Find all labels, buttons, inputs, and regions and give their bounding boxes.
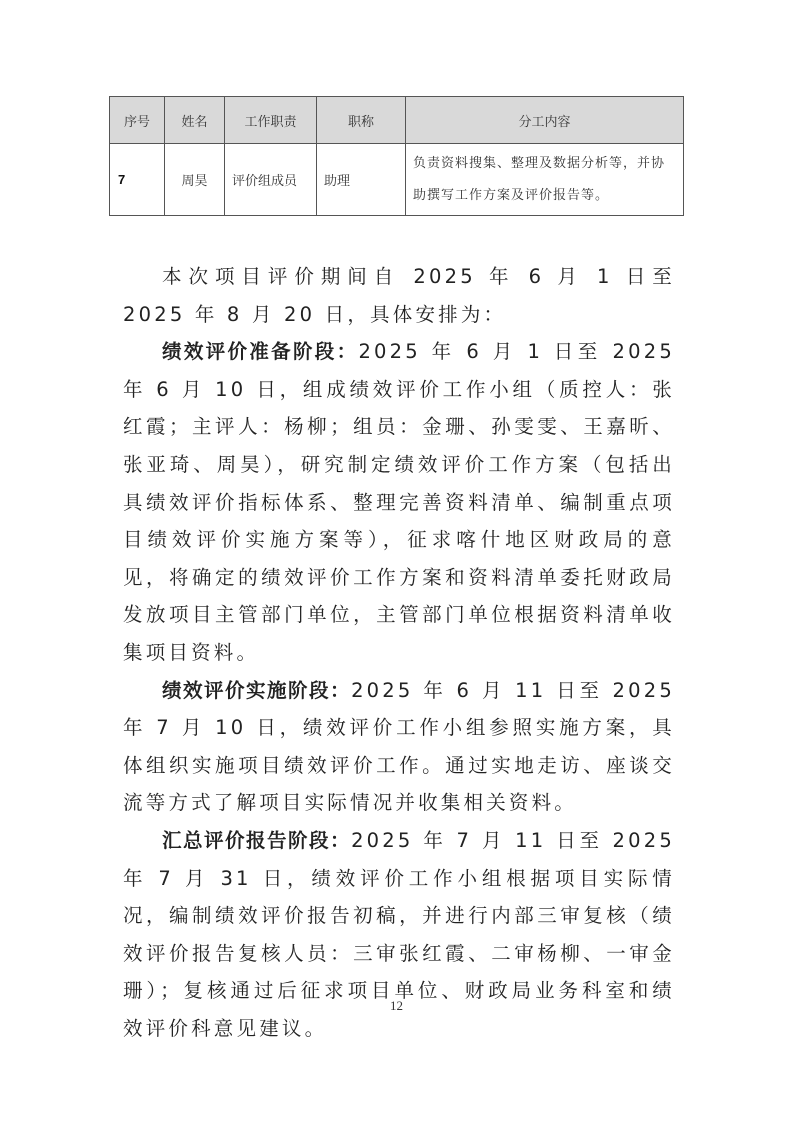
paragraph-intro: 本次项目评价期间自 2025 年 6 月 1 日至 2025 年 8 月 20 …	[123, 258, 675, 333]
table-header-row: 序号 姓名 工作职责 职称 分工内容	[110, 97, 684, 144]
header-name: 姓名	[165, 97, 225, 144]
header-duty: 工作职责	[225, 97, 317, 144]
document-page: 序号 姓名 工作职责 职称 分工内容 7 周昊 评价组成员 助理 负责资料搜集、…	[0, 0, 793, 1122]
paragraph-implementation-stage: 绩效评价实施阶段：2025 年 6 月 11 日至 2025 年 7 月 10 …	[123, 672, 675, 822]
cell-name: 周昊	[165, 144, 225, 216]
paragraph-text: 本次项目评价期间自 2025 年 6 月 1 日至 2025 年 8 月 20 …	[123, 265, 675, 326]
page-number: 12	[0, 998, 793, 1014]
table-row: 7 周昊 评价组成员 助理 负责资料搜集、整理及数据分析等，并协助撰写工作方案及…	[110, 144, 684, 216]
cell-title: 助理	[317, 144, 406, 216]
paragraph-text: 2025 年 6 月 1 日至 2025 年 6 月 10 日，组成绩效评价工作…	[123, 340, 675, 664]
header-title: 职称	[317, 97, 406, 144]
stage-heading: 绩效评价准备阶段：	[162, 340, 358, 363]
stage-heading: 汇总评价报告阶段：	[162, 829, 351, 852]
cell-duty: 评价组成员	[225, 144, 317, 216]
body-text: 本次项目评价期间自 2025 年 6 月 1 日至 2025 年 8 月 20 …	[123, 258, 675, 1047]
header-content: 分工内容	[406, 97, 684, 144]
header-index: 序号	[110, 97, 165, 144]
stage-heading: 绩效评价实施阶段：	[162, 679, 351, 702]
paragraph-preparation-stage: 绩效评价准备阶段：2025 年 6 月 1 日至 2025 年 6 月 10 日…	[123, 333, 675, 671]
cell-content: 负责资料搜集、整理及数据分析等，并协助撰写工作方案及评价报告等。	[406, 144, 684, 216]
staff-table: 序号 姓名 工作职责 职称 分工内容 7 周昊 评价组成员 助理 负责资料搜集、…	[109, 96, 684, 216]
cell-index: 7	[110, 144, 165, 216]
